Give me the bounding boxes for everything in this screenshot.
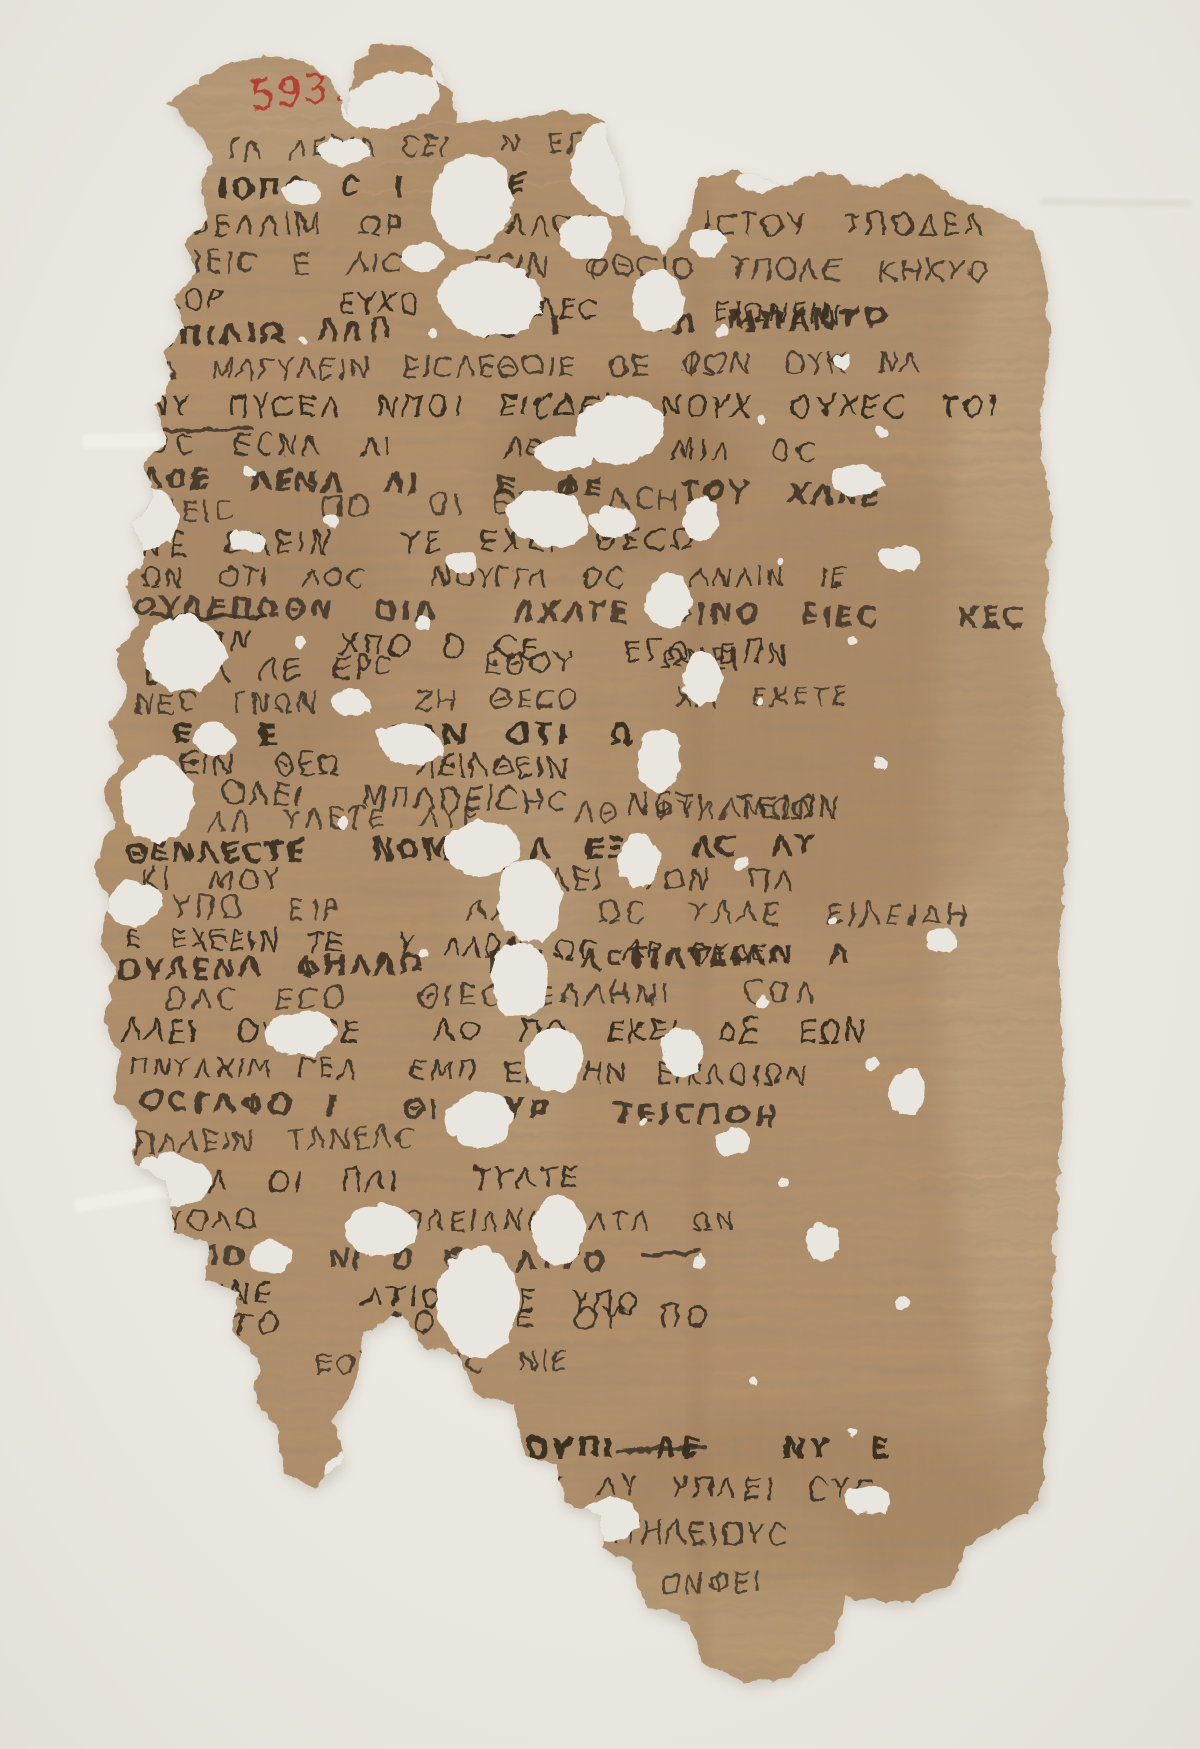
lacuna (496, 856, 560, 940)
worm-hole (244, 464, 256, 476)
photo-backdrop: 593. ΓΛ ΛΕΡΙΛ CΕΙ Ν ΕΓΓΥΕΙΟΠΩ C Ι ΡΥΛΕΦΕ… (0, 0, 1200, 1749)
lacuna (398, 241, 442, 269)
worm-hole (875, 755, 885, 765)
lacuna (680, 496, 716, 540)
lacuna (660, 1026, 700, 1074)
lacuna (280, 178, 320, 202)
lacuna (680, 650, 720, 702)
worm-hole (294, 634, 306, 646)
lacuna (534, 434, 590, 470)
lacuna (588, 504, 632, 536)
lacuna (530, 1192, 582, 1264)
worm-hole (334, 814, 346, 826)
lacuna (227, 528, 263, 552)
worm-hole (756, 416, 764, 424)
worm-hole (413, 613, 427, 627)
lacuna (876, 544, 920, 568)
worm-hole (714, 324, 726, 336)
worm-hole (415, 945, 425, 955)
worm-hole (776, 556, 784, 564)
text-line: ΛΛΕΙ ΟΥ CΕ ΛΟ ΠΟ ΕΚΕΙ ΔΕ ΕΩΝ (119, 1013, 867, 1048)
worm-hole (296, 336, 304, 344)
lacuna (190, 720, 234, 752)
worm-hole (746, 1376, 754, 1384)
lacuna (445, 1090, 511, 1146)
lacuna (246, 1240, 290, 1272)
lacuna (712, 1126, 748, 1154)
worm-hole (863, 1053, 877, 1067)
lacuna (342, 1203, 414, 1253)
worm-hole (826, 916, 834, 924)
lacuna (629, 270, 681, 330)
worm-hole (845, 635, 855, 645)
worm-hole (893, 1293, 907, 1307)
lacuna (442, 818, 518, 874)
lacuna (140, 614, 224, 690)
lacuna (524, 1025, 580, 1091)
lacuna (829, 463, 881, 493)
worm-hole (845, 1425, 855, 1435)
lacuna (444, 550, 476, 570)
text-line: ΟΥ ΛΥ ΥΠΛΕΙ CΥC (515, 1467, 876, 1505)
text-line: ΝΥ ΠΥCΕΛ ΝΠΟΙ ΕΙCΔΕΧ ΝΟΥΧ ΟΥΧΕC ΤΟΙ (142, 388, 999, 423)
lacuna (924, 928, 956, 952)
lacuna (330, 686, 370, 714)
worm-hole (694, 1254, 706, 1266)
lacuna (557, 213, 613, 257)
worm-hole (875, 425, 885, 435)
lacuna (844, 1483, 888, 1513)
lacuna (887, 1068, 923, 1112)
worm-hole (833, 353, 847, 367)
worm-hole (323, 513, 337, 527)
worm-hole (756, 696, 764, 704)
papyrus-photo: 593. ΓΛ ΛΕΡΙΛ CΕΙ Ν ΕΓΓΥΕΙΟΠΩ C Ι ΡΥΛΕΦΕ… (0, 0, 1200, 1749)
worm-hole (636, 1116, 644, 1124)
worm-hole (733, 853, 747, 867)
lacuna (490, 940, 546, 1016)
worm-hole (775, 1175, 785, 1185)
lacuna (314, 137, 366, 163)
lacuna (636, 726, 680, 790)
lacuna (104, 880, 160, 924)
lacuna (618, 830, 658, 886)
lacuna (264, 1010, 336, 1054)
worm-hole (425, 325, 435, 335)
text-line: ΩΝ ΟΤΙ ΛΟC ΝΟΥΓΓΛ ΟC ΛΝΛΙΝ ΙΕ (137, 561, 848, 592)
lacuna (646, 570, 690, 626)
text-line: ΕΠΛ ΟΙ ΠΛΙ ΤΥΛΤΕ (156, 1159, 580, 1199)
text-line: ΥΟΛΟ ΠΟΛΕΙΛΝΚ ΛΤΛ ΩΝ (163, 1204, 740, 1235)
lacuna (436, 1245, 516, 1355)
lacuna (120, 756, 192, 840)
lacuna (804, 1222, 836, 1258)
worm-hole (754, 994, 766, 1006)
lacuna (687, 226, 723, 254)
